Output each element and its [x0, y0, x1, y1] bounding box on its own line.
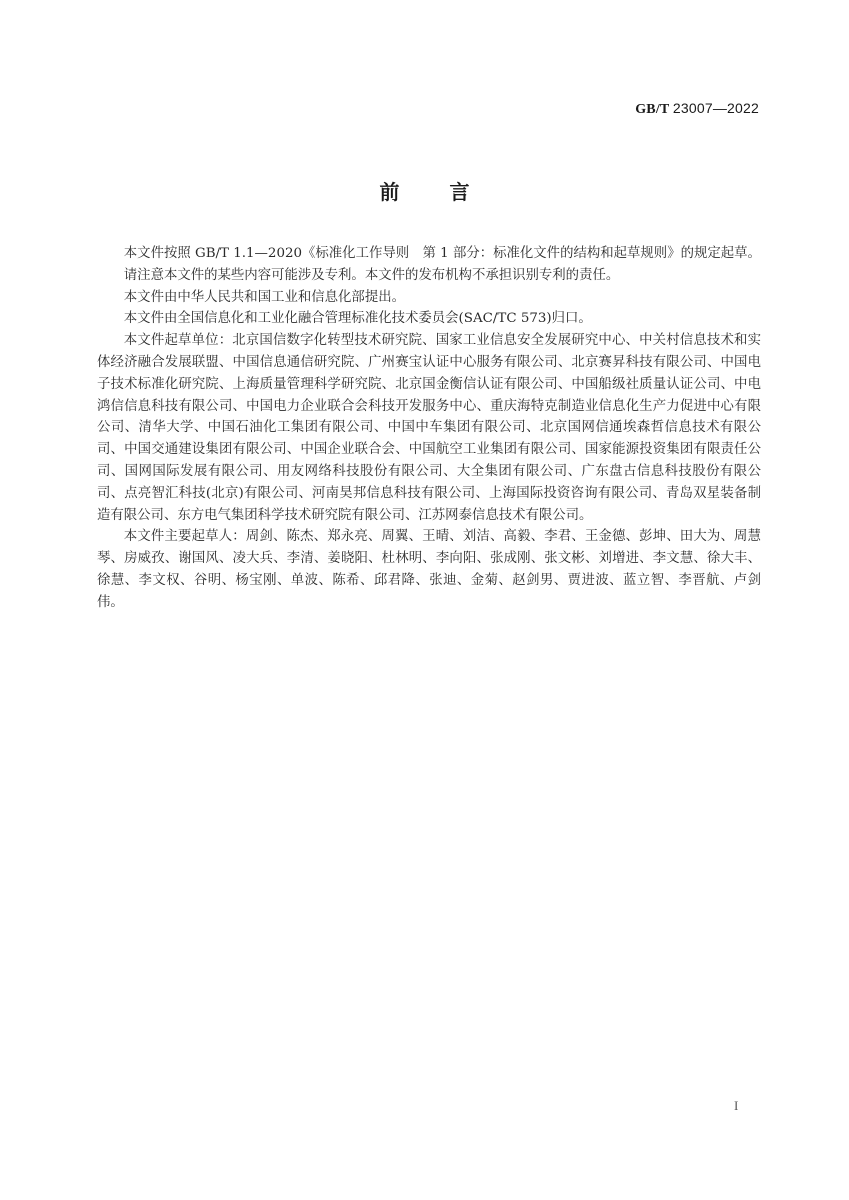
- standard-prefix: GB/T: [635, 102, 669, 117]
- paragraph-technical-committee: 本文件由全国信息化和工业化融合管理标准化技术委员会(SAC/TC 573)归口。: [97, 308, 761, 330]
- paragraph-patent-notice: 请注意本文件的某些内容可能涉及专利。本文件的发布机构不承担识别专利的责任。: [97, 265, 761, 287]
- page-title: 前言: [0, 176, 849, 205]
- paragraph-drafting-organizations: 本文件起草单位：北京国信数字化转型技术研究院、国家工业信息安全发展研究中心、中关…: [97, 330, 761, 526]
- paragraph-proposer: 本文件由中华人民共和国工业和信息化部提出。: [97, 287, 761, 309]
- standard-code: GB/T 23007—2022: [635, 100, 759, 118]
- paragraph-drafters: 本文件主要起草人：周剑、陈杰、郑永亮、周翼、王晴、刘洁、高毅、李君、王金德、彭坤…: [97, 526, 761, 613]
- page-number: I: [734, 1098, 738, 1114]
- paragraph-drafting-rules: 本文件按照 GB/T 1.1—2020《标准化工作导则 第 1 部分：标准化文件…: [97, 243, 761, 265]
- document-body: 本文件按照 GB/T 1.1—2020《标准化工作导则 第 1 部分：标准化文件…: [97, 243, 761, 614]
- standard-number: 23007—2022: [673, 100, 759, 116]
